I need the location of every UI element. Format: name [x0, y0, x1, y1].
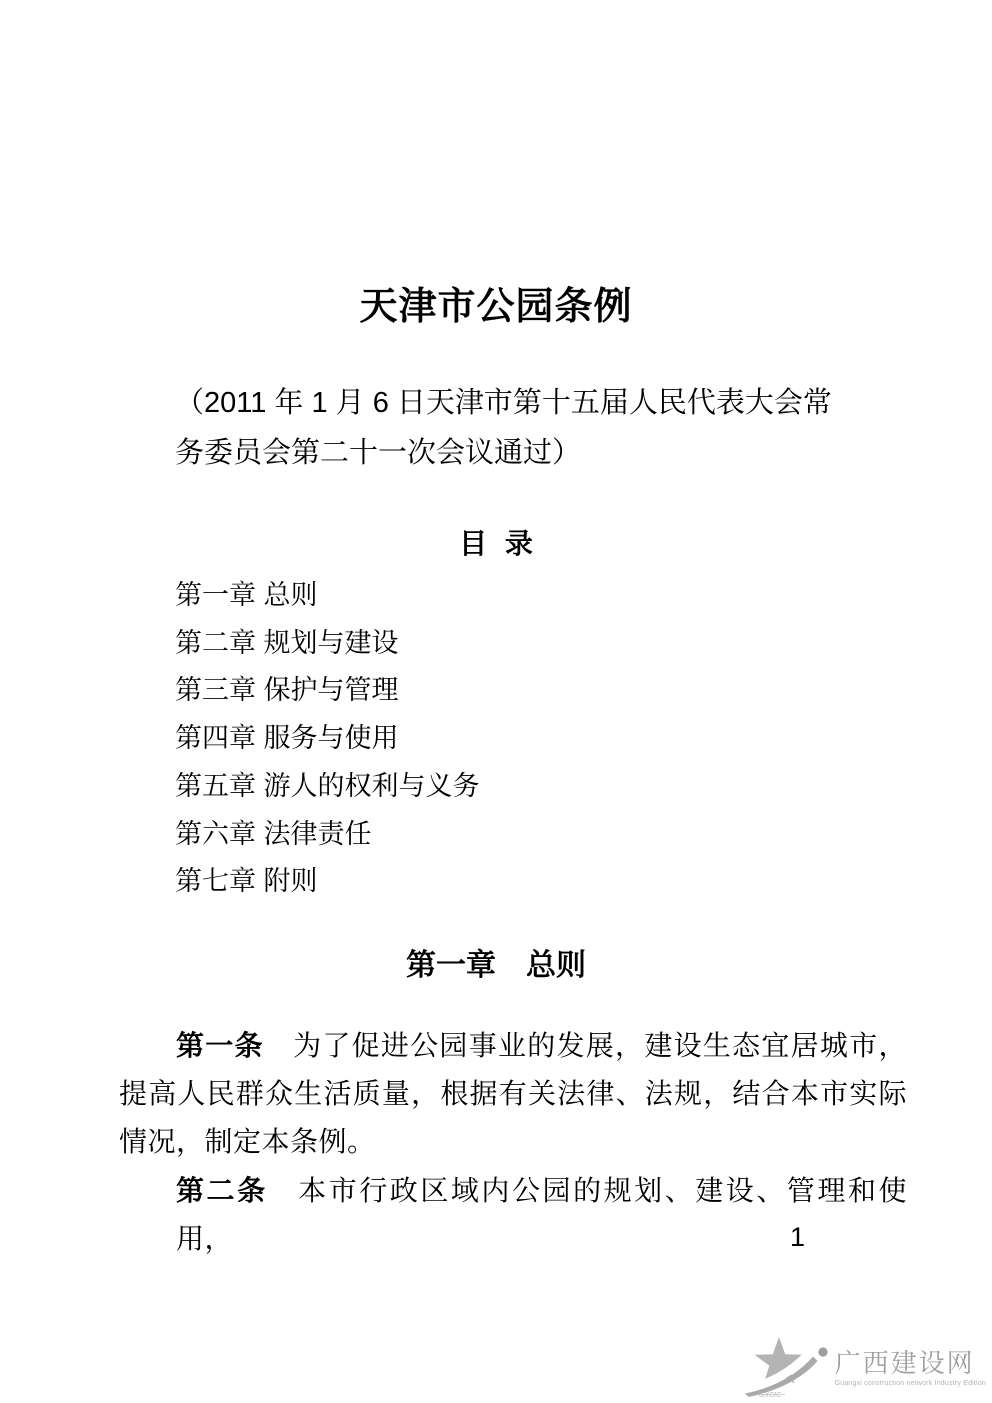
document-page: 天津市公园条例 （2011 年 1 月 6 日天津市第十五届人民代表大会常 务委…	[0, 0, 992, 1403]
watermark-tagline: Guangxi construction network Industry Ed…	[835, 1379, 986, 1388]
document-title: 天津市公园条例	[0, 283, 992, 331]
article-line: 第一条 为了促进公园事业的发展，建设生态宜居城市，	[119, 1022, 907, 1071]
watermark: GXCIC 广西建设网 Guangxi construction network…	[739, 1335, 986, 1401]
article-number-label: 第二条	[176, 1175, 268, 1206]
chapter-heading: 第一章 总则	[0, 946, 992, 986]
star-logo-icon: GXCIC	[739, 1335, 831, 1401]
toc-item: 第一章 总则	[175, 572, 904, 620]
toc-item: 第四章 服务与使用	[175, 715, 904, 763]
watermark-site-name: 广西建设网	[835, 1349, 986, 1379]
watermark-text: 广西建设网 Guangxi construction network Indus…	[835, 1349, 986, 1388]
article-body: 第一条 为了促进公园事业的发展，建设生态宜居城市， 提高人民群众生活质量，根据有…	[119, 1022, 907, 1264]
preamble-line: （2011 年 1 月 6 日天津市第十五届人民代表大会常	[175, 378, 904, 428]
article-line: 情况，制定本条例。	[119, 1119, 907, 1167]
article-line: 提高人民群众生活质量，根据有关法律、法规，结合本市实际	[119, 1071, 907, 1119]
article-line-text: 提高人民群众生活质量，根据有关法律、法规，结合本市实际	[119, 1079, 907, 1110]
article-line-text: 为了促进公园事业的发展，建设生态宜居城市，	[264, 1031, 907, 1062]
toc-list: 第一章 总则 第二章 规划与建设 第三章 保护与管理 第四章 服务与使用 第五章…	[175, 572, 904, 906]
preamble: （2011 年 1 月 6 日天津市第十五届人民代表大会常 务委员会第二十一次会…	[175, 378, 904, 478]
toc-item: 第六章 法律责任	[175, 811, 904, 859]
page-number: 1	[790, 1220, 805, 1254]
toc-item: 第三章 保护与管理	[175, 667, 904, 715]
preamble-line: 务委员会第二十一次会议通过）	[175, 428, 904, 478]
star-logo-small-text: GXCIC	[759, 1392, 782, 1399]
toc-item: 第二章 规划与建设	[175, 620, 904, 668]
toc-item: 第七章 附则	[175, 858, 904, 906]
article-line: 第二条 本市行政区域内公园的规划、建设、管理和使用，	[119, 1167, 907, 1264]
toc-heading: 目 录	[0, 527, 992, 561]
toc-item: 第五章 游人的权利与义务	[175, 763, 904, 811]
article-line-text: 情况，制定本条例。	[119, 1127, 376, 1158]
article-number-label: 第一条	[176, 1030, 264, 1061]
